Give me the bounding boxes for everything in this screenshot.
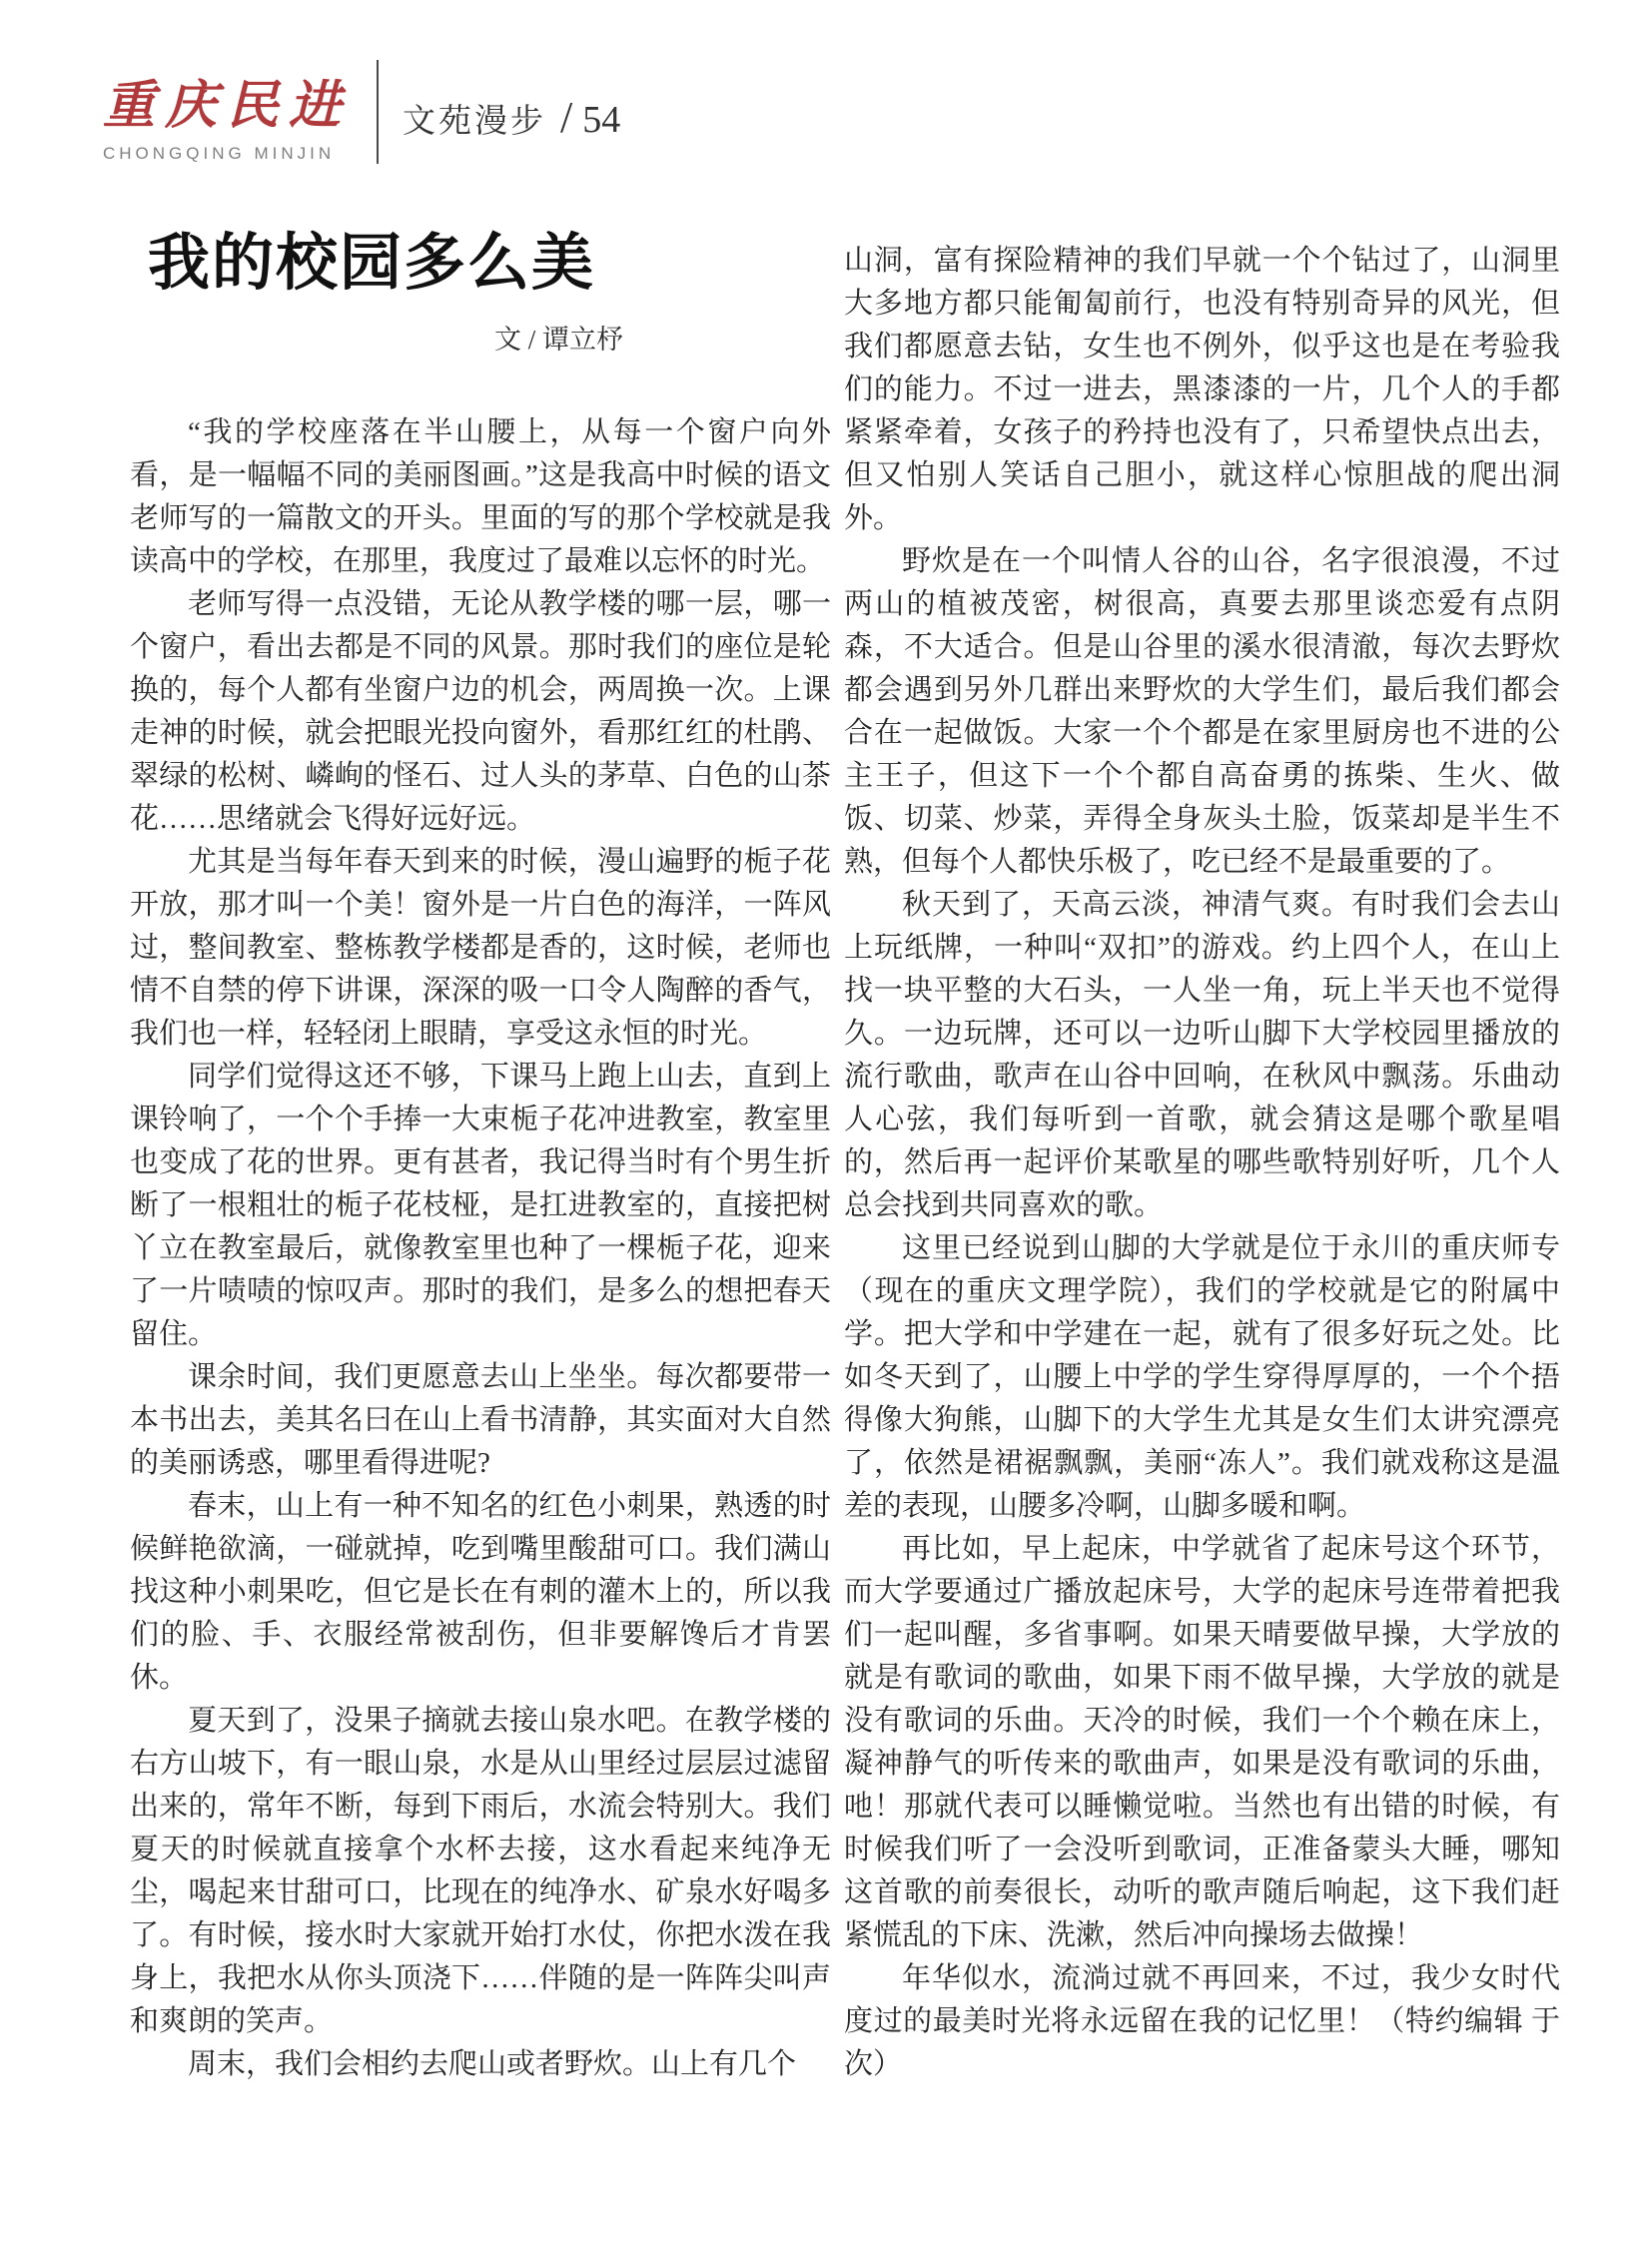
page-number: 54: [582, 98, 620, 142]
paragraph: 同学们觉得这还不够，下课马上跑上山去，直到上课铃响了，一个个手捧一大束栀子花冲进…: [130, 1056, 831, 1356]
masthead: 重庆民进 CHONGQING MINJIN 文苑漫步 / 54: [103, 58, 620, 164]
section-title: 文苑漫步: [403, 95, 546, 142]
paragraph: 课余时间，我们更愿意去山上坐坐。每次都要带一本书出去，美其名曰在山上看书清静，其…: [130, 1356, 831, 1485]
logo-english: CHONGQING MINJIN: [103, 144, 351, 164]
paragraph: 秋天到了，天高云淡，神清气爽。有时我们会去山上玩纸牌，一种叫“双扣”的游戏。约上…: [844, 884, 1560, 1227]
paragraph: 年华似水，流淌过就不再回来，不过，我少女时代度过的最美时光将永远留在我的记忆里！…: [844, 1957, 1560, 2086]
paragraph: 野炊是在一个叫情人谷的山谷，名字很浪漫，不过两山的植被茂密，树很高，真要去那里谈…: [844, 540, 1560, 884]
right-column: 山洞，富有探险精神的我们早就一个个钻过了，山洞里大多地方都只能匍匐前行，也没有特…: [844, 240, 1560, 2086]
section-block: 文苑漫步 / 54: [403, 58, 620, 164]
paragraph: 这里已经说到山脚的大学就是位于永川的重庆师专（现在的重庆文理学院），我们的学校就…: [844, 1227, 1560, 1528]
paragraph-continuation: 山洞，富有探险精神的我们早就一个个钻过了，山洞里大多地方都只能匍匐前行，也没有特…: [844, 240, 1560, 540]
paragraph: 夏天到了，没果子摘就去接山泉水吧。在教学楼的右方山坡下，有一眼山泉，水是从山里经…: [130, 1700, 831, 2043]
paragraph: 春末，山上有一种不知名的红色小刺果，熟透的时候鲜艳欲滴，一碰就掉，吃到嘴里酸甜可…: [130, 1485, 831, 1700]
paragraph: 尤其是当每年春天到来的时候，漫山遍野的栀子花开放，那才叫一个美！窗外是一片白色的…: [130, 841, 831, 1056]
magazine-page: 重庆民进 CHONGQING MINJIN 文苑漫步 / 54 我的校园多么美 …: [0, 0, 1652, 2241]
paragraph: 再比如，早上起床，中学就省了起床号这个环节，而大学要通过广播放起床号，大学的起床…: [844, 1528, 1560, 1957]
masthead-divider: [377, 60, 379, 164]
paragraph: “我的学校座落在半山腰上，从每一个窗户向外看，是一幅幅不同的美丽图画。”这是我高…: [130, 411, 831, 583]
byline: 文 / 谭立杼: [494, 322, 831, 358]
logo-chinese: 重庆民进: [103, 78, 351, 136]
paragraph: 周末，我们会相约去爬山或者野炊。山上有几个: [130, 2043, 831, 2086]
logo-block: 重庆民进 CHONGQING MINJIN: [103, 58, 351, 164]
section-slash: /: [560, 92, 572, 143]
left-column: 我的校园多么美 文 / 谭立杼 “我的学校座落在半山腰上，从每一个窗户向外看，是…: [130, 218, 831, 2086]
paragraph: 老师写得一点没错，无论从教学楼的哪一层，哪一个窗户，看出去都是不同的风景。那时我…: [130, 583, 831, 841]
article-title: 我的校园多么美: [148, 226, 831, 302]
